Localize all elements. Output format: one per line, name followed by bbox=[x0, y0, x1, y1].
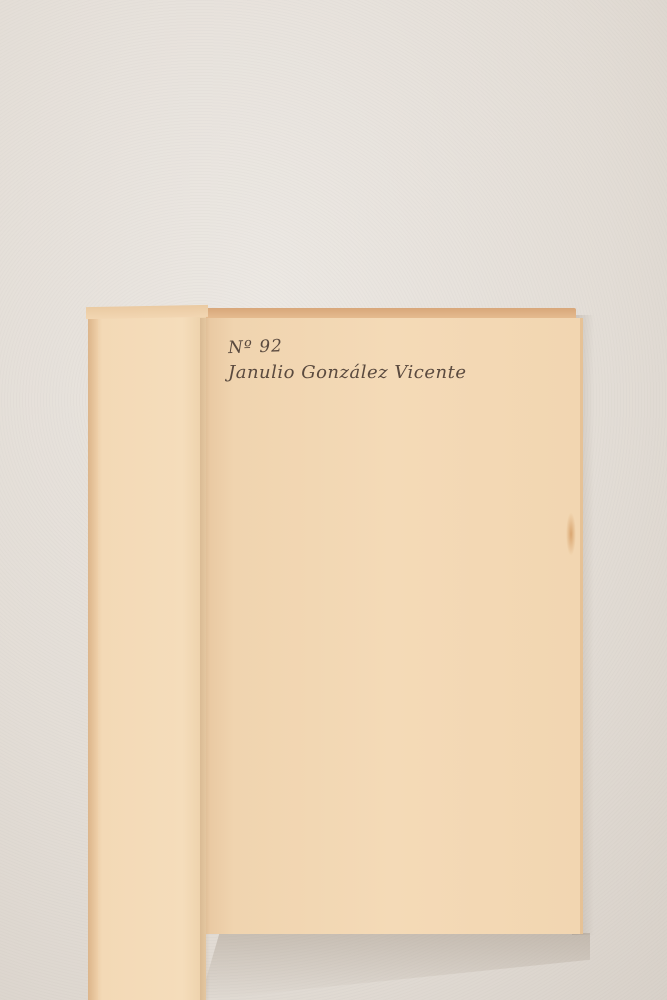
page-stain bbox=[566, 512, 576, 556]
flyleaf-top-edge bbox=[86, 305, 208, 319]
inscription-name: Janulio González Vicente bbox=[228, 362, 467, 383]
gutter-shadow bbox=[200, 318, 210, 1000]
title-page bbox=[204, 318, 583, 934]
flyleaf-page bbox=[88, 310, 206, 1000]
page-shadow-bottom bbox=[200, 933, 590, 1000]
open-book: Nº 92 Janulio González Vicente bbox=[0, 0, 667, 1000]
handwritten-inscription: Nº 92 Janulio González Vicente bbox=[228, 334, 467, 383]
flyleaf-edge bbox=[88, 310, 98, 1000]
inscription-number: Nº 92 bbox=[228, 330, 467, 358]
